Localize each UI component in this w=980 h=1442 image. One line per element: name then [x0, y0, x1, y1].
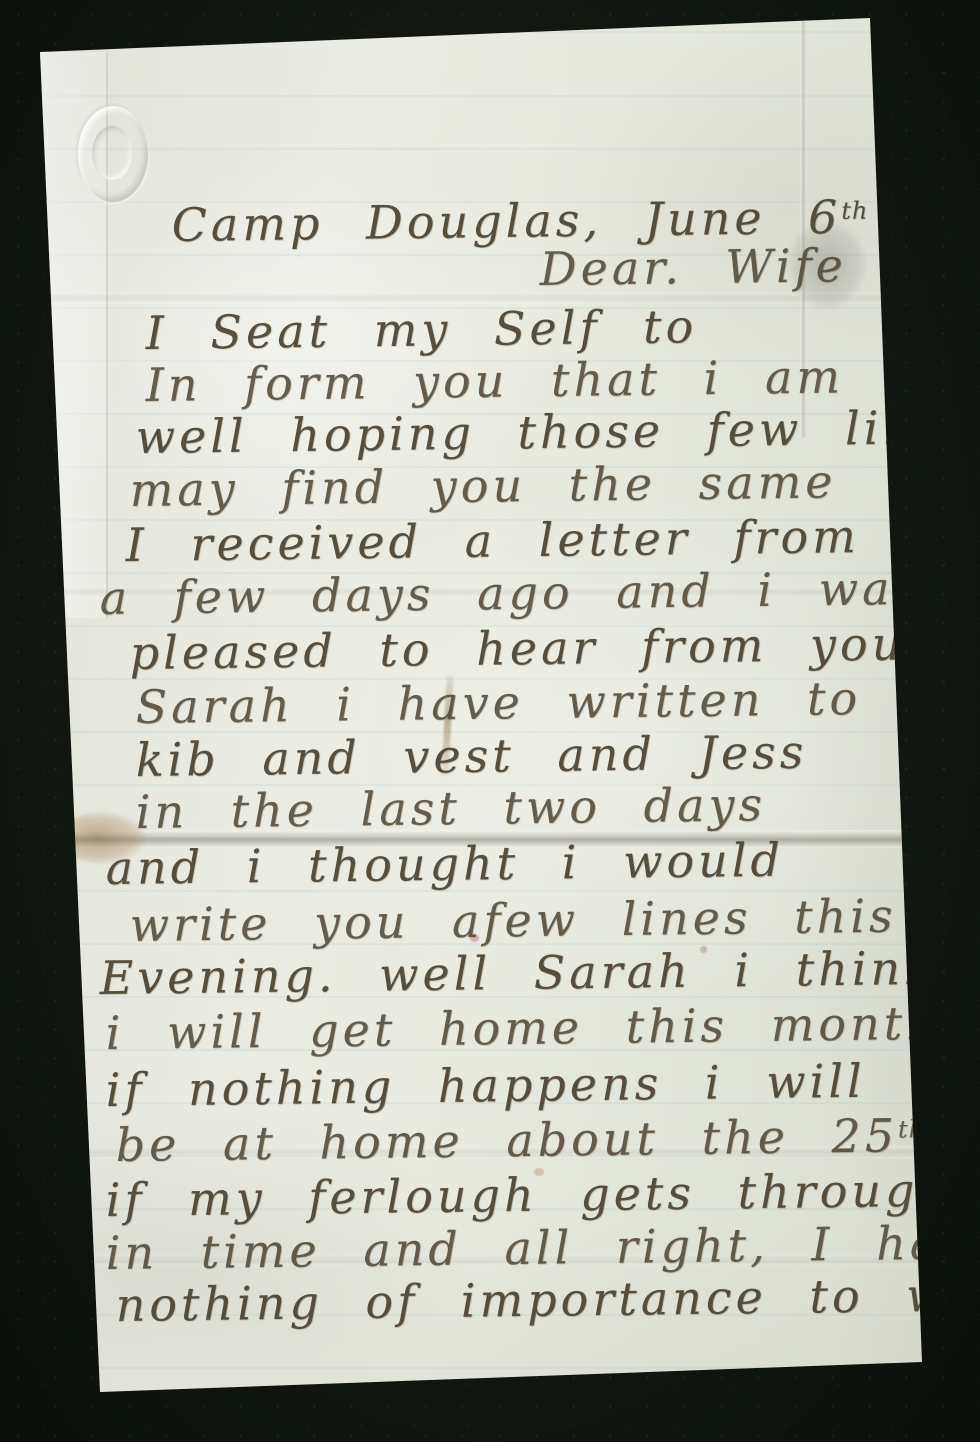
body-line: nothing of importance to write [115, 1267, 980, 1332]
photo-background: Camp Douglas, June 6th 64 Dear. Wife I S… [0, 0, 980, 1442]
body-line: in the last two days [135, 777, 766, 839]
body-line: may find you the same [129, 454, 836, 517]
body-line: and i thought i would [105, 833, 784, 895]
date-superscript: th [898, 1115, 925, 1143]
body-line: a few days ago and i was [99, 561, 921, 625]
body-line: i will get home this month [105, 996, 940, 1060]
embossed-seal [78, 106, 148, 202]
heading-year: 64 [868, 188, 978, 243]
letter-paper: Camp Douglas, June 6th 64 Dear. Wife I S… [0, 0, 980, 1442]
body-line: well hoping those few lines [135, 400, 975, 464]
body-line: I Seat my Self to [145, 299, 697, 360]
body-line: pleased to hear from you [129, 617, 905, 680]
heading-superscript: th [841, 196, 868, 224]
body-line: Evening. well Sarah i think [99, 941, 936, 1005]
salutation-line: Dear. Wife [539, 238, 847, 296]
body-line: if nothing happens i will [105, 1054, 866, 1117]
body-line: be at home about the 25th [115, 1108, 925, 1172]
body-line-text: be at home about the 25 [115, 1108, 898, 1172]
